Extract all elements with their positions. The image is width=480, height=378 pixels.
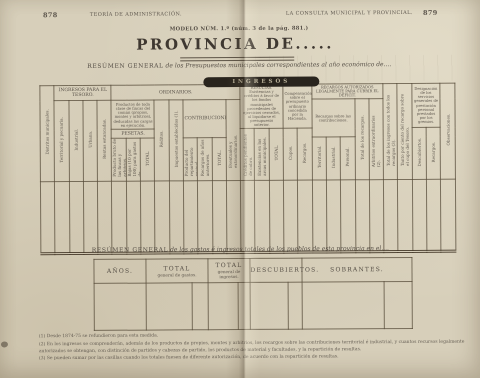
- group-header: RECARGOS AUTORIZADOS LEGALMENTE PARA CUB…: [312, 84, 384, 100]
- column-label-text: Recargos de años anteriores.: [199, 139, 209, 177]
- page-number-right: 879: [423, 9, 438, 17]
- column-label-text: Eventuales y extraordinarios.: [228, 108, 239, 168]
- page-title: PROVINCIA DE.....: [0, 34, 471, 55]
- column-label-text: Territorial.: [316, 146, 321, 169]
- footnote-3: (3) Se pueden sumar por las casillas cua…: [39, 354, 465, 363]
- column-label-text: Bajas (10 por 100) para gastos de admini…: [126, 139, 140, 177]
- main-table-body: [40, 180, 455, 255]
- column-label: Arbitrios extraordinarios (2).: [369, 99, 384, 180]
- group-header: Productos de toda clase de fincas del co…: [111, 100, 154, 129]
- empty-cell: [250, 282, 288, 329]
- empty-cell: [69, 182, 84, 254]
- table1-caption-rest: de los Presupuestos municipales correspo…: [164, 61, 392, 69]
- group-header: Designación de los servicios generales d…: [412, 83, 441, 128]
- column-label: Réditos.: [154, 100, 169, 181]
- model-caption: MODELO NÚM. 1.º (núm. 3 de la pág. 881.): [139, 25, 339, 32]
- group-header-text: Compensación sobre el presupuesto ordina…: [283, 91, 311, 122]
- table2-caption-lead: RESÚMEN GENERAL: [92, 246, 168, 253]
- table1-caption-lead: RESÚMEN GENERAL: [87, 62, 163, 69]
- empty-cell: [412, 180, 427, 252]
- group-header-text: PESETAS.: [112, 130, 154, 137]
- column-label: Descubiertos.: [412, 128, 427, 180]
- column-label-text: Descubiertos.: [417, 138, 422, 167]
- column-label: TOTAL.: [269, 129, 284, 181]
- column-label: Tanto por ciento del recargo sobre el cu…: [397, 83, 412, 179]
- empty-cell: [169, 181, 184, 253]
- group-header: Compensación sobre el presupuesto ordina…: [283, 84, 312, 129]
- summary-col-sobrantes: SOBRANTES.: [302, 257, 412, 282]
- empty-cell: [183, 181, 198, 253]
- column-label: Territorial y pecuaria.: [54, 101, 69, 182]
- empty-cell: [238, 282, 250, 329]
- empty-cell: [94, 283, 146, 330]
- summary-table: AÑOS. TOTAL general de gastos. TOTAL gen…: [93, 257, 412, 331]
- column-label: Industrial.: [326, 137, 341, 180]
- empty-cell: [241, 181, 256, 253]
- column-label: Rentas estancadas.: [97, 101, 112, 182]
- summary-col-total-ingresos: TOTAL general de ingresos.: [208, 258, 250, 282]
- empty-cell: [302, 282, 384, 330]
- group-header-text: Designación de los servicios generales d…: [412, 86, 440, 125]
- main-table: Distritos municipales.INGRESOS PARA EL T…: [39, 83, 456, 256]
- empty-cell: [226, 181, 241, 253]
- column-label: Recargos.: [297, 128, 312, 180]
- column-label: Personal.: [340, 137, 355, 180]
- column-label: Industrial.: [69, 101, 84, 182]
- group-header-text: INGRESOS PARA EL TESORO.: [55, 87, 111, 100]
- empty-cell: [146, 283, 192, 330]
- column-label-text: Industrial.: [73, 129, 78, 151]
- column-label-text: Créditos pendientes de cobro.: [242, 130, 252, 176]
- ink-blot: [1, 341, 8, 347]
- group-header-text: Recargos sobre las contribuciones.: [312, 113, 354, 124]
- column-label: Observaciones.: [440, 83, 455, 179]
- group-header-text: RESULTAS. Existencias y créditos á favor…: [241, 85, 283, 129]
- column-label: TOTAL.: [212, 138, 227, 181]
- column-label-text: Personal.: [345, 147, 350, 166]
- empty-cell: [192, 283, 208, 330]
- table1-caption: RESÚMEN GENERAL de los Presupuestos muni…: [0, 61, 479, 71]
- column-label-text: Total de los ingresos con todos los reca…: [385, 94, 396, 166]
- summary-col-sobrantes-label: SOBRANTES.: [303, 266, 412, 274]
- empty-cell: [255, 181, 270, 253]
- group-header-text: Productos de toda clase de fincas del co…: [112, 102, 154, 129]
- empty-cell: [369, 180, 384, 252]
- column-label: Recargos.: [426, 128, 441, 180]
- summary-empty-row: [94, 281, 412, 330]
- column-label: Distritos municipales.: [40, 86, 55, 182]
- empty-cell: [384, 281, 412, 328]
- column-label-text: TOTAL.: [145, 150, 150, 166]
- column-label-text: Observaciones.: [445, 114, 450, 146]
- summary-col-total-ingresos-sub: general de ingresos.: [209, 269, 250, 279]
- column-label-text: Total de los recargos.: [359, 115, 364, 160]
- empty-cell: [355, 180, 370, 252]
- column-label: TOTAL.: [140, 138, 155, 181]
- column-label-text: Existencias en las arcas municipales.: [257, 130, 267, 176]
- empty-cell: [198, 181, 213, 253]
- column-label: Producto del repartimiento vecinal.: [183, 138, 198, 181]
- empty-cell: [112, 182, 127, 254]
- title-rule: [180, 57, 294, 62]
- column-label-text: Tanto por ciento del recargo sobre el cu…: [399, 94, 410, 166]
- empty-cell: [55, 182, 70, 254]
- group-header: PESETAS.: [112, 129, 155, 138]
- empty-cell: [83, 182, 98, 254]
- column-label-text: Cupos.: [288, 146, 293, 160]
- column-label: Impuestos establecidos (1).: [169, 100, 184, 181]
- column-label: Recargos de años anteriores.: [197, 138, 212, 181]
- column-label: Producto bruto de las fincas y arbitrios…: [112, 139, 127, 182]
- empty-cell: [212, 181, 227, 253]
- column-label: Eventuales y extraordinarios.: [226, 100, 241, 181]
- table2-caption-rest: de los gastos é ingresos totales de los …: [168, 245, 389, 253]
- summary-col-descubiertos: DESCUBIERTOS.: [250, 258, 302, 282]
- empty-cell: [283, 181, 298, 253]
- group-header-text: CONTRIBUCIONES.: [184, 115, 226, 122]
- column-label-text: Producto del repartimiento vecinal.: [184, 139, 198, 177]
- column-label: Territorial.: [312, 137, 327, 180]
- column-label-text: Urbana.: [88, 131, 93, 148]
- summary-col-descubiertos-label: DESCUBIERTOS.: [250, 267, 301, 274]
- empty-cell: [126, 182, 141, 254]
- group-header: CONTRIBUCIONES.: [183, 100, 226, 138]
- column-label-text: Rentas estancadas.: [102, 119, 107, 159]
- summary-col-total-gastos-sub: general de gastos.: [147, 272, 208, 277]
- page-number-left: 878: [43, 11, 58, 19]
- footnotes: (1) Desde 1874-75 se refundieron para es…: [39, 332, 465, 365]
- column-label: Bajas (10 por 100) para gastos de admini…: [126, 139, 141, 182]
- group-header: RESULTAS. Existencias y créditos á favor…: [240, 84, 283, 129]
- column-label: Total de los recargos.: [354, 99, 369, 180]
- empty-cell: [384, 180, 399, 252]
- empty-cell: [341, 180, 356, 252]
- empty-cell: [141, 181, 156, 253]
- column-label-text: Arbitrios extraordinarios (2).: [371, 108, 382, 168]
- column-label-text: Recargos.: [302, 142, 307, 163]
- column-label: Existencias en las arcas municipales.: [255, 129, 270, 181]
- footnote-2: (2) En los ingresos se comprenderán, ade…: [39, 339, 465, 355]
- column-label: Cupos.: [283, 129, 298, 181]
- summary-col-anos: AÑOS.: [94, 259, 146, 283]
- column-label: Urbana.: [83, 101, 98, 182]
- column-label-text: Réditos.: [159, 130, 164, 147]
- empty-cell: [269, 181, 284, 253]
- empty-cell: [155, 181, 170, 253]
- group-header: Recargos sobre las contribuciones.: [312, 99, 355, 137]
- column-label-text: Distritos municipales.: [45, 109, 50, 154]
- column-label: Total de los ingresos con todos los reca…: [383, 84, 398, 180]
- running-head-left: TEORÍA DE ADMINISTRACIÓN.: [76, 11, 196, 18]
- summary-header-row: AÑOS. TOTAL general de gastos. TOTAL gen…: [94, 257, 412, 283]
- main-empty-row: [40, 180, 455, 255]
- empty-cell: [312, 180, 327, 252]
- column-label-text: Industrial.: [331, 146, 336, 168]
- column-label: Créditos pendientes de cobro.: [240, 129, 255, 181]
- column-label-text: Territorial y pecuaria.: [59, 117, 64, 163]
- column-label-text: TOTAL.: [216, 150, 221, 166]
- summary-col-total-gastos: TOTAL general de gastos.: [146, 259, 208, 283]
- empty-cell: [288, 282, 302, 329]
- empty-cell: [98, 182, 113, 254]
- empty-cell: [426, 180, 441, 252]
- empty-cell: [40, 182, 55, 254]
- column-label-text: Impuestos establecidos (1).: [173, 110, 178, 167]
- summary-col-anos-label: AÑOS.: [94, 268, 145, 275]
- empty-cell: [298, 180, 313, 252]
- group-header: INGRESOS PARA EL TESORO.: [54, 85, 111, 101]
- ingresos-band: INGRESOS: [203, 77, 319, 88]
- empty-cell: [441, 180, 456, 252]
- scanned-book-page: { "page": { "left_page_number": "878", "…: [0, 0, 480, 378]
- column-label-text: Recargos.: [431, 141, 436, 162]
- empty-cell: [326, 180, 341, 252]
- column-label-text: Producto bruto de las fincas y arbitrios…: [112, 139, 126, 177]
- empty-cell: [398, 180, 413, 252]
- sheet: 878 TEORÍA DE ADMINISTRACIÓN. LA CONSULT…: [0, 0, 480, 378]
- empty-cell: [208, 283, 238, 330]
- column-label-text: TOTAL.: [274, 145, 279, 161]
- group-header-text: RECARGOS AUTORIZADOS LEGALMENTE PARA CUB…: [312, 84, 383, 99]
- group-header-text: ORDINARIOS.: [112, 89, 240, 97]
- main-table-header: Distritos municipales.INGRESOS PARA EL T…: [40, 83, 456, 182]
- running-head-right: LA CONSULTA MUNICIPAL Y PROVINCIAL.: [286, 10, 406, 17]
